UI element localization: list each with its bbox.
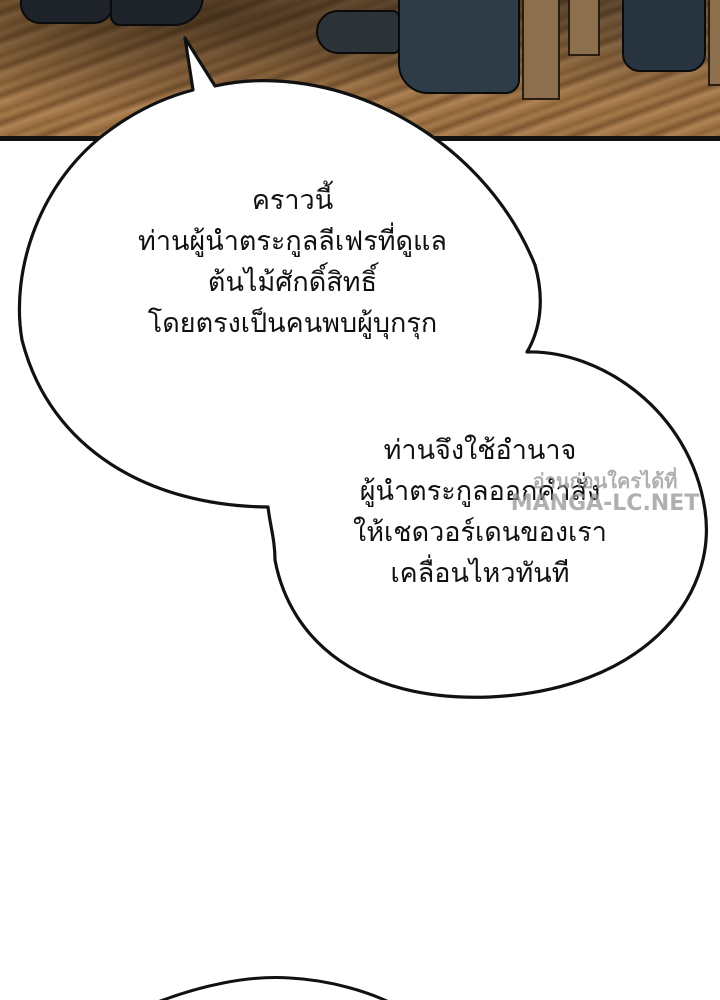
bubble-2-line-1: ท่านจึงใช้อำนาจ xyxy=(295,430,665,471)
bubble-2-line-3: ให้เชดวอร์เดนของเรา xyxy=(295,512,665,553)
bubble-1-line-4: โดยตรงเป็นคนพบผู้บุกรุก xyxy=(60,303,525,344)
bubble-1-text: คราวนี้ ท่านผู้นำตระกูลลีเฟรที่ดูแล ต้นไ… xyxy=(60,180,525,344)
watermark: อ่านก่อนใครได้ที่ MANGA-LC.NET xyxy=(500,470,710,516)
watermark-line-2: MANGA-LC.NET xyxy=(500,492,710,516)
bubble-1-line-3: ต้นไม้ศักดิ์สิทธิ์ xyxy=(60,262,525,303)
bubble-1-line-1: คราวนี้ xyxy=(60,180,525,221)
watermark-line-1: อ่านก่อนใครได้ที่ xyxy=(500,470,710,492)
bubble-1-line-2: ท่านผู้นำตระกูลลีเฟรที่ดูแล xyxy=(60,221,525,262)
bubble-2-line-4: เคลื่อนไหวทันที xyxy=(295,553,665,594)
speech-bubble-outline xyxy=(19,38,706,697)
next-bubble-outline xyxy=(150,977,395,1000)
